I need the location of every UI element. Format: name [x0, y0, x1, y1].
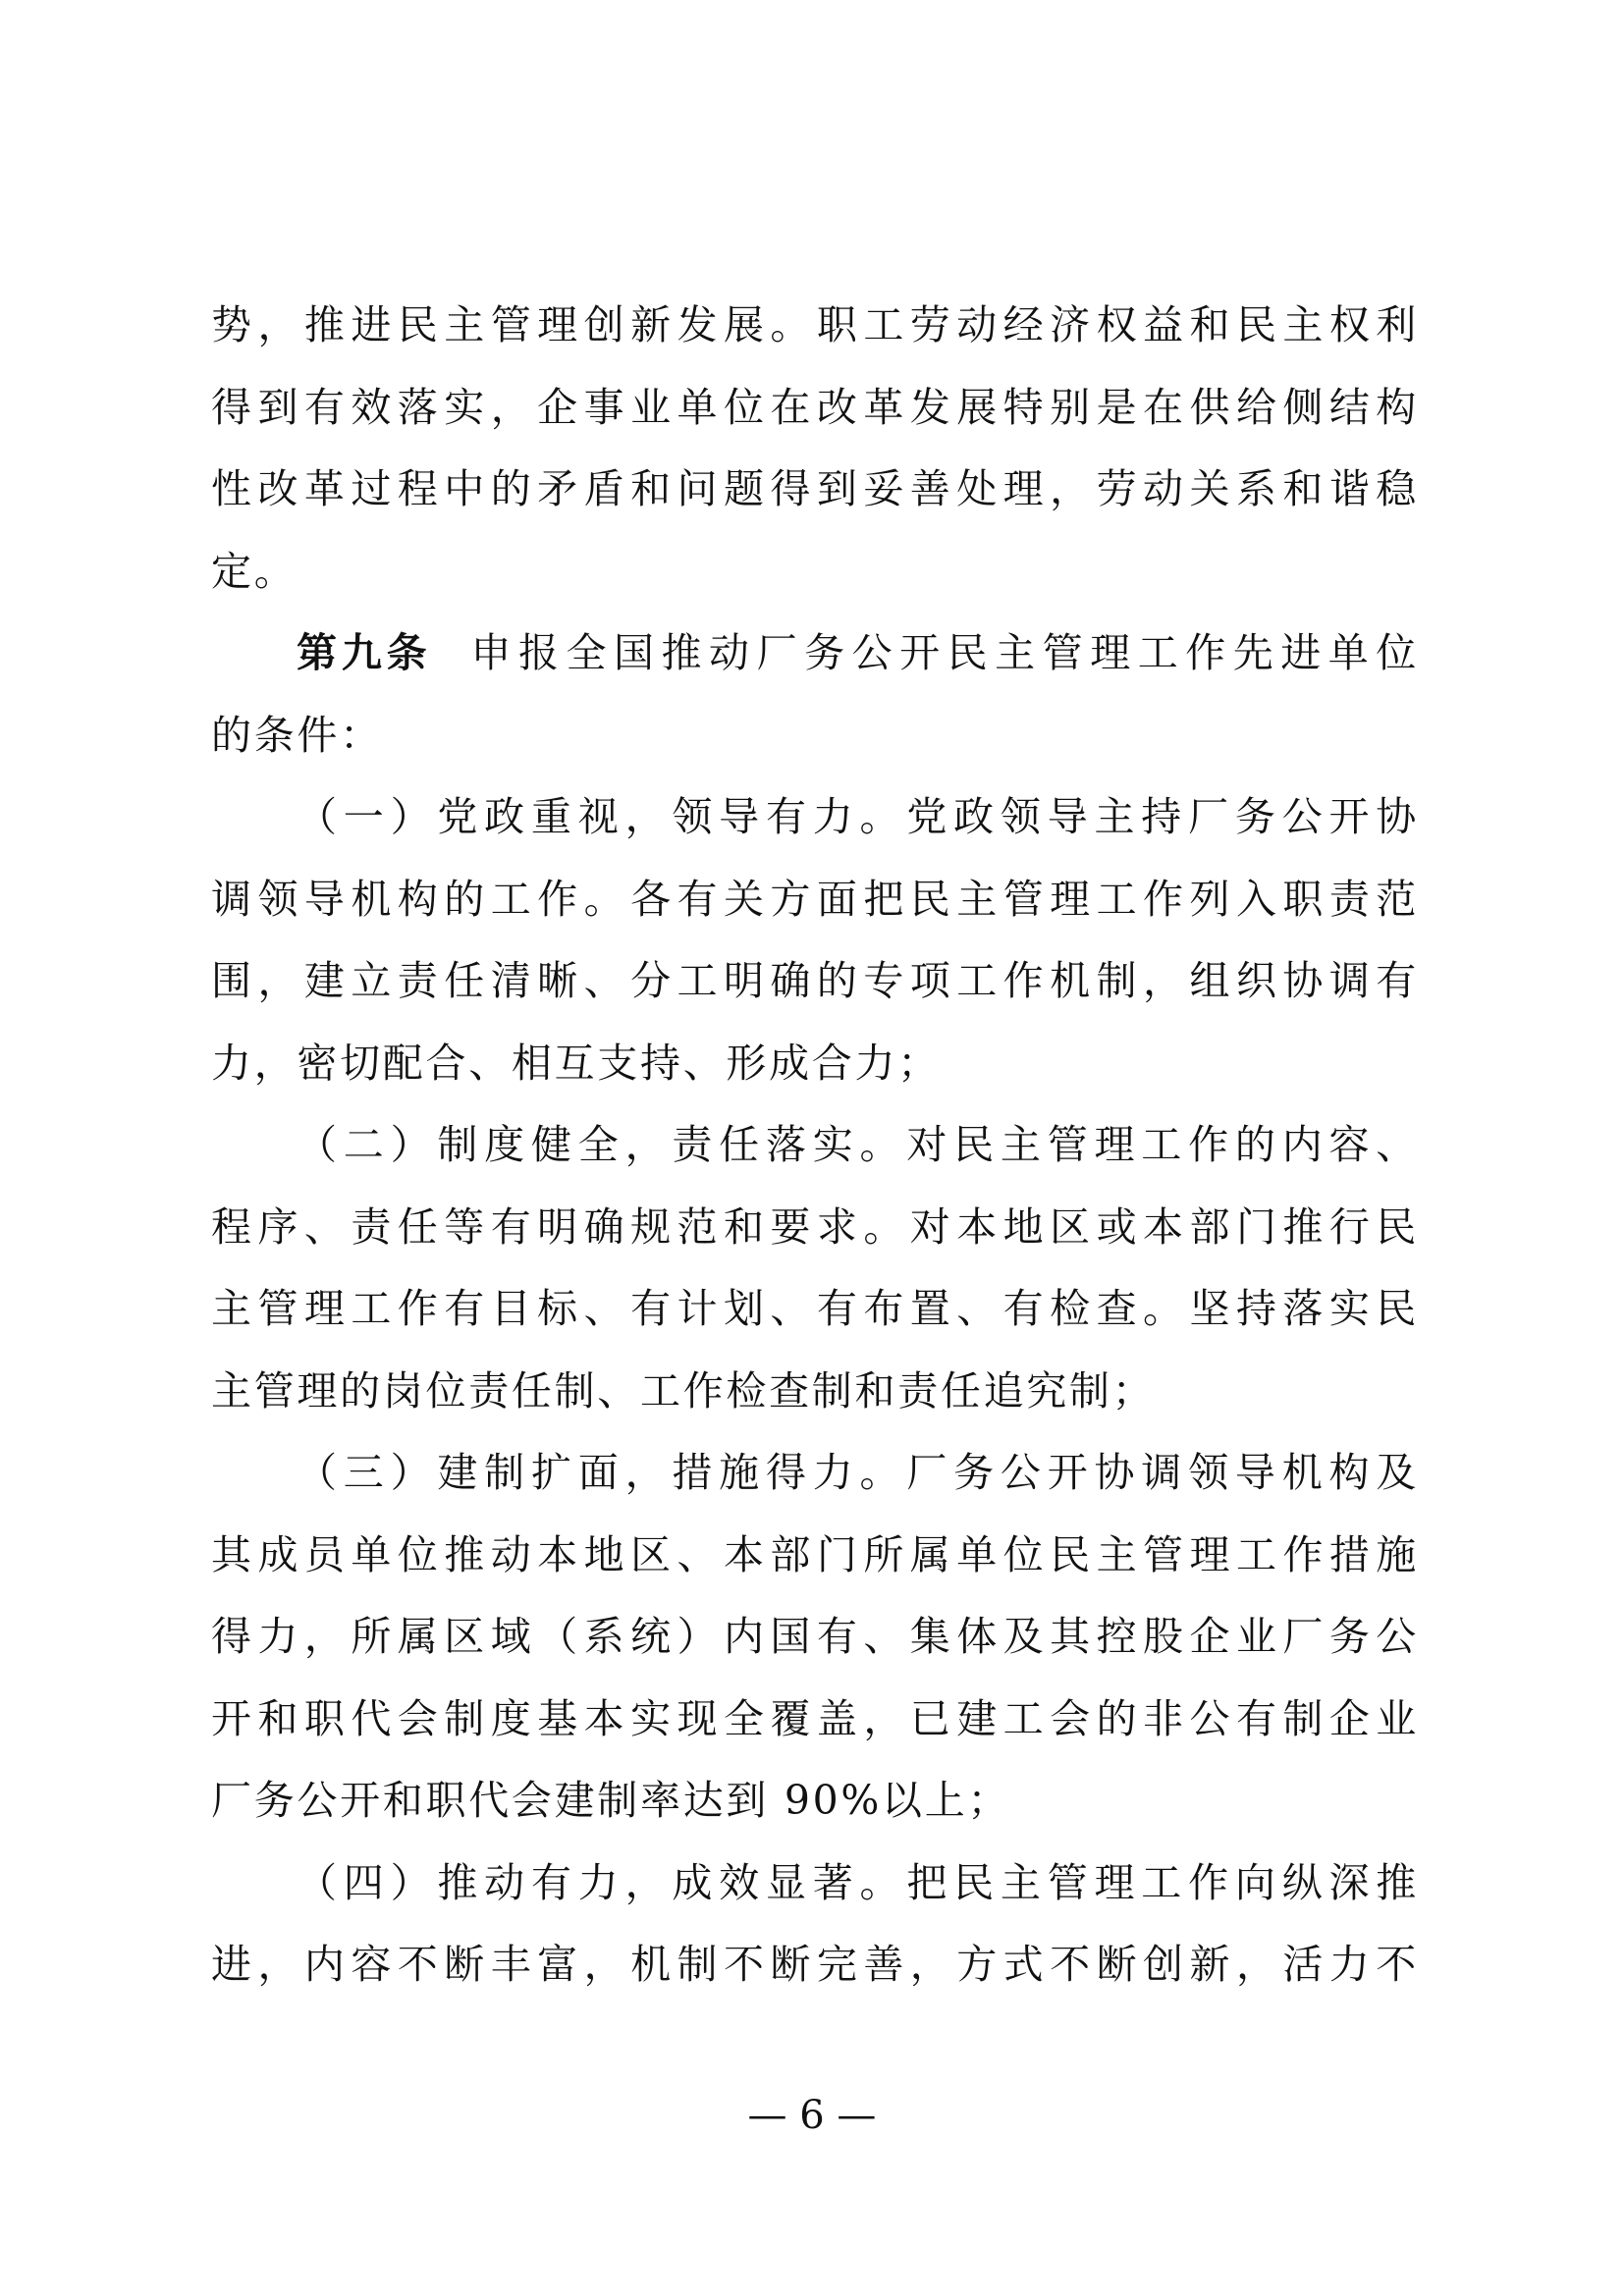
paragraph-item-3: （三）建制扩面，措施得力。厂务公开协调领导机构及 其成员单位推动本地区、本部门所… [211, 1432, 1419, 1842]
text-line: 定。 [211, 531, 1419, 614]
page-number: — 6 — [0, 2093, 1624, 2138]
document-body: 势，推进民主管理创新发展。职工劳动经济权益和民主权利 得到有效落实，企事业单位在… [211, 285, 1419, 2006]
text-line: 得力，所属区域（系统）内国有、集体及其控股企业厂务公 [211, 1596, 1419, 1679]
text-line: 第九条申报全国推动厂务公开民主管理工作先进单位 [211, 613, 1419, 695]
text-line: 调领导机构的工作。各有关方面把民主管理工作列入职责范 [211, 859, 1419, 941]
text-line: 势，推进民主管理创新发展。职工劳动经济权益和民主权利 [211, 285, 1419, 367]
text-line: 厂务公开和职代会建制率达到 90%以上； [211, 1760, 1419, 1842]
text-line: 得到有效落实，企事业单位在改革发展特别是在供给侧结构 [211, 367, 1419, 450]
paragraph-item-4: （四）推动有力，成效显著。把民主管理工作向纵深推 进，内容不断丰富，机制不断完善… [211, 1842, 1419, 2006]
text-line: （三）建制扩面，措施得力。厂务公开协调领导机构及 [211, 1432, 1419, 1515]
text-line: 的条件： [211, 695, 1419, 777]
text-line: 程序、责任等有明确规范和要求。对本地区或本部门推行民 [211, 1187, 1419, 1269]
text-line: 性改革过程中的矛盾和问题得到妥善处理，劳动关系和谐稳 [211, 449, 1419, 531]
text-line: 其成员单位推动本地区、本部门所属单位民主管理工作措施 [211, 1515, 1419, 1597]
text-line: 围，建立责任清晰、分工明确的专项工作机制，组织协调有 [211, 940, 1419, 1023]
text-line: （四）推动有力，成效显著。把民主管理工作向纵深推 [211, 1842, 1419, 1925]
paragraph-item-2: （二）制度健全，责任落实。对民主管理工作的内容、 程序、责任等有明确规范和要求。… [211, 1104, 1419, 1432]
text-line: 主管理工作有目标、有计划、有布置、有检查。坚持落实民 [211, 1268, 1419, 1351]
text-line: 主管理的岗位责任制、工作检查制和责任追究制； [211, 1351, 1419, 1433]
article-heading-text: 申报全国推动厂务公开民主管理工作先进单位 [470, 629, 1419, 676]
document-page: 势，推进民主管理创新发展。职工劳动经济权益和民主权利 得到有效落实，企事业单位在… [0, 0, 1624, 2296]
article-label: 第九条 [297, 629, 431, 676]
text-line: 力，密切配合、相互支持、形成合力； [211, 1023, 1419, 1105]
paragraph-continuation: 势，推进民主管理创新发展。职工劳动经济权益和民主权利 得到有效落实，企事业单位在… [211, 285, 1419, 613]
text-line: （二）制度健全，责任落实。对民主管理工作的内容、 [211, 1104, 1419, 1187]
text-line: 进，内容不断丰富，机制不断完善，方式不断创新，活力不 [211, 1924, 1419, 2006]
paragraph-item-1: （一）党政重视，领导有力。党政领导主持厂务公开协 调领导机构的工作。各有关方面把… [211, 776, 1419, 1104]
paragraph-article-9: 第九条申报全国推动厂务公开民主管理工作先进单位 的条件： [211, 613, 1419, 776]
text-line: （一）党政重视，领导有力。党政领导主持厂务公开协 [211, 776, 1419, 859]
text-line: 开和职代会制度基本实现全覆盖，已建工会的非公有制企业 [211, 1679, 1419, 1761]
